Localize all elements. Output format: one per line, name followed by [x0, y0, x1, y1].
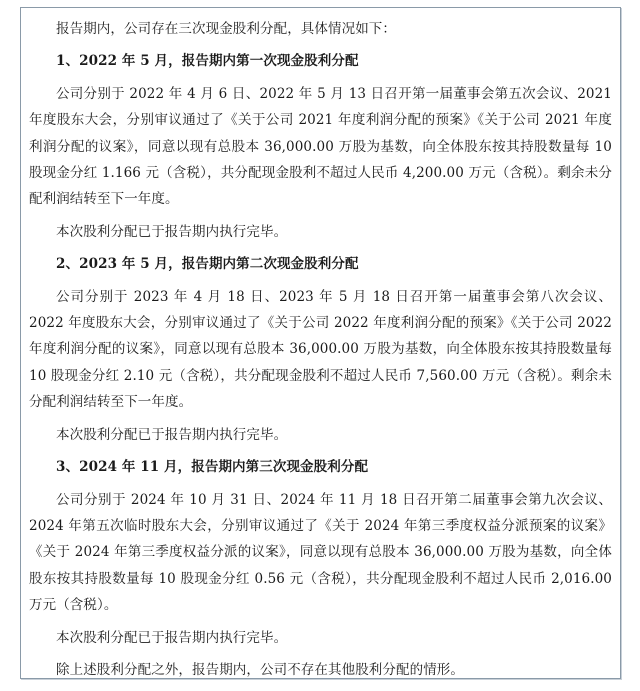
document-content: 报告期内，公司存在三次现金股利分配，具体情况如下： 1、2022 年 5 月，报… [29, 10, 612, 687]
section-3-heading: 3、2024 年 11 月，报告期内第三次现金股利分配 [29, 454, 612, 480]
section-1-heading: 1、2022 年 5 月，报告期内第一次现金股利分配 [29, 48, 612, 74]
intro-paragraph: 报告期内，公司存在三次现金股利分配，具体情况如下： [29, 16, 612, 42]
section-2-status: 本次股利分配已于报告期内执行完毕。 [29, 422, 612, 448]
document-frame: 报告期内，公司存在三次现金股利分配，具体情况如下： 1、2022 年 5 月，报… [20, 7, 621, 679]
section-2-heading: 2、2023 年 5 月，报告期内第二次现金股利分配 [29, 251, 612, 277]
section-1-status: 本次股利分配已于报告期内执行完毕。 [29, 219, 612, 245]
conclusion-paragraph: 除上述股利分配之外，报告期内，公司不存在其他股利分配的情形。 [29, 657, 612, 683]
section-3-status: 本次股利分配已于报告期内执行完毕。 [29, 625, 612, 651]
section-1-body: 公司分别于 2022 年 4 月 6 日、2022 年 5 月 13 日召开第一… [29, 81, 612, 213]
section-3-body: 公司分别于 2024 年 10 月 31 日、2024 年 11 月 18 日召… [29, 487, 612, 619]
section-2-body: 公司分别于 2023 年 4 月 18 日、2023 年 5 月 18 日召开第… [29, 284, 612, 416]
